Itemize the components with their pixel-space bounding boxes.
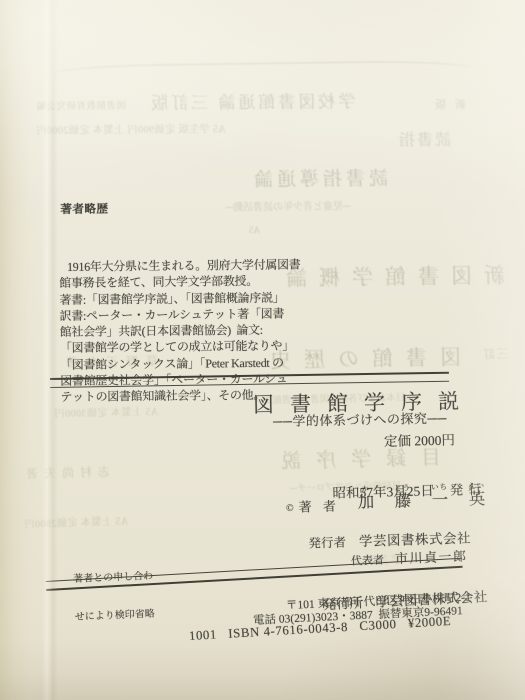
book-colophon-photo: 学校図書館通論 三訂版新 版図書館教育研究会編A5 学生版 定価900円 上製本… <box>0 0 525 700</box>
bleed-text: 図書館教育研究会編 <box>36 98 126 113</box>
bleed-text: 新 版 <box>432 96 466 112</box>
author-name: か加とう藤いち一えい英 <box>347 481 496 511</box>
author-row: © 著 者 <box>286 496 340 516</box>
bleed-text: A5 上製本 定価2800円 <box>24 512 129 530</box>
author-name-char: とう藤 <box>384 483 422 510</box>
bleed-text: A5 学生版 定価900円 上製本 定価2000円 <box>36 120 226 137</box>
seal-note-line2: せにより検印省略 <box>75 609 155 625</box>
kanji: 一 <box>431 491 448 508</box>
kanji: 英 <box>468 490 485 507</box>
kanji: 加 <box>357 493 374 510</box>
seal-omission-note: 著者との申し合わ せにより検印省略 <box>72 545 156 651</box>
page-crease <box>42 0 58 700</box>
bleedthrough-rule-arc <box>52 60 470 83</box>
bleed-text: 三訂 <box>481 345 509 362</box>
kanji: 藤 <box>394 492 411 509</box>
author-name-char: えい英 <box>458 481 496 508</box>
bleed-text: 学校図書館通論 三訂版 <box>148 87 355 114</box>
bio-line: 訳書:ペーター・カールシュテット著「図書 <box>59 305 301 324</box>
bleed-text: 志村尚夫著 <box>20 463 110 482</box>
copyright-icon: © <box>286 503 294 514</box>
bleed-text: 新図書館学概論 <box>274 259 505 292</box>
author-bio-heading: 著者略歴 <box>60 198 300 217</box>
author-name-char: いち一 <box>421 482 459 509</box>
book-subtitle: ──学的体系づけへの探究── <box>273 408 447 430</box>
price: 定価 2000円 <box>384 429 455 450</box>
bleed-text: 読書指 <box>397 127 451 150</box>
bio-line: 1916年大分県に生まれる。別府大学付属図書 <box>59 256 301 275</box>
author-label: 著 者 <box>298 496 340 516</box>
author-name-char: か加 <box>347 484 385 511</box>
